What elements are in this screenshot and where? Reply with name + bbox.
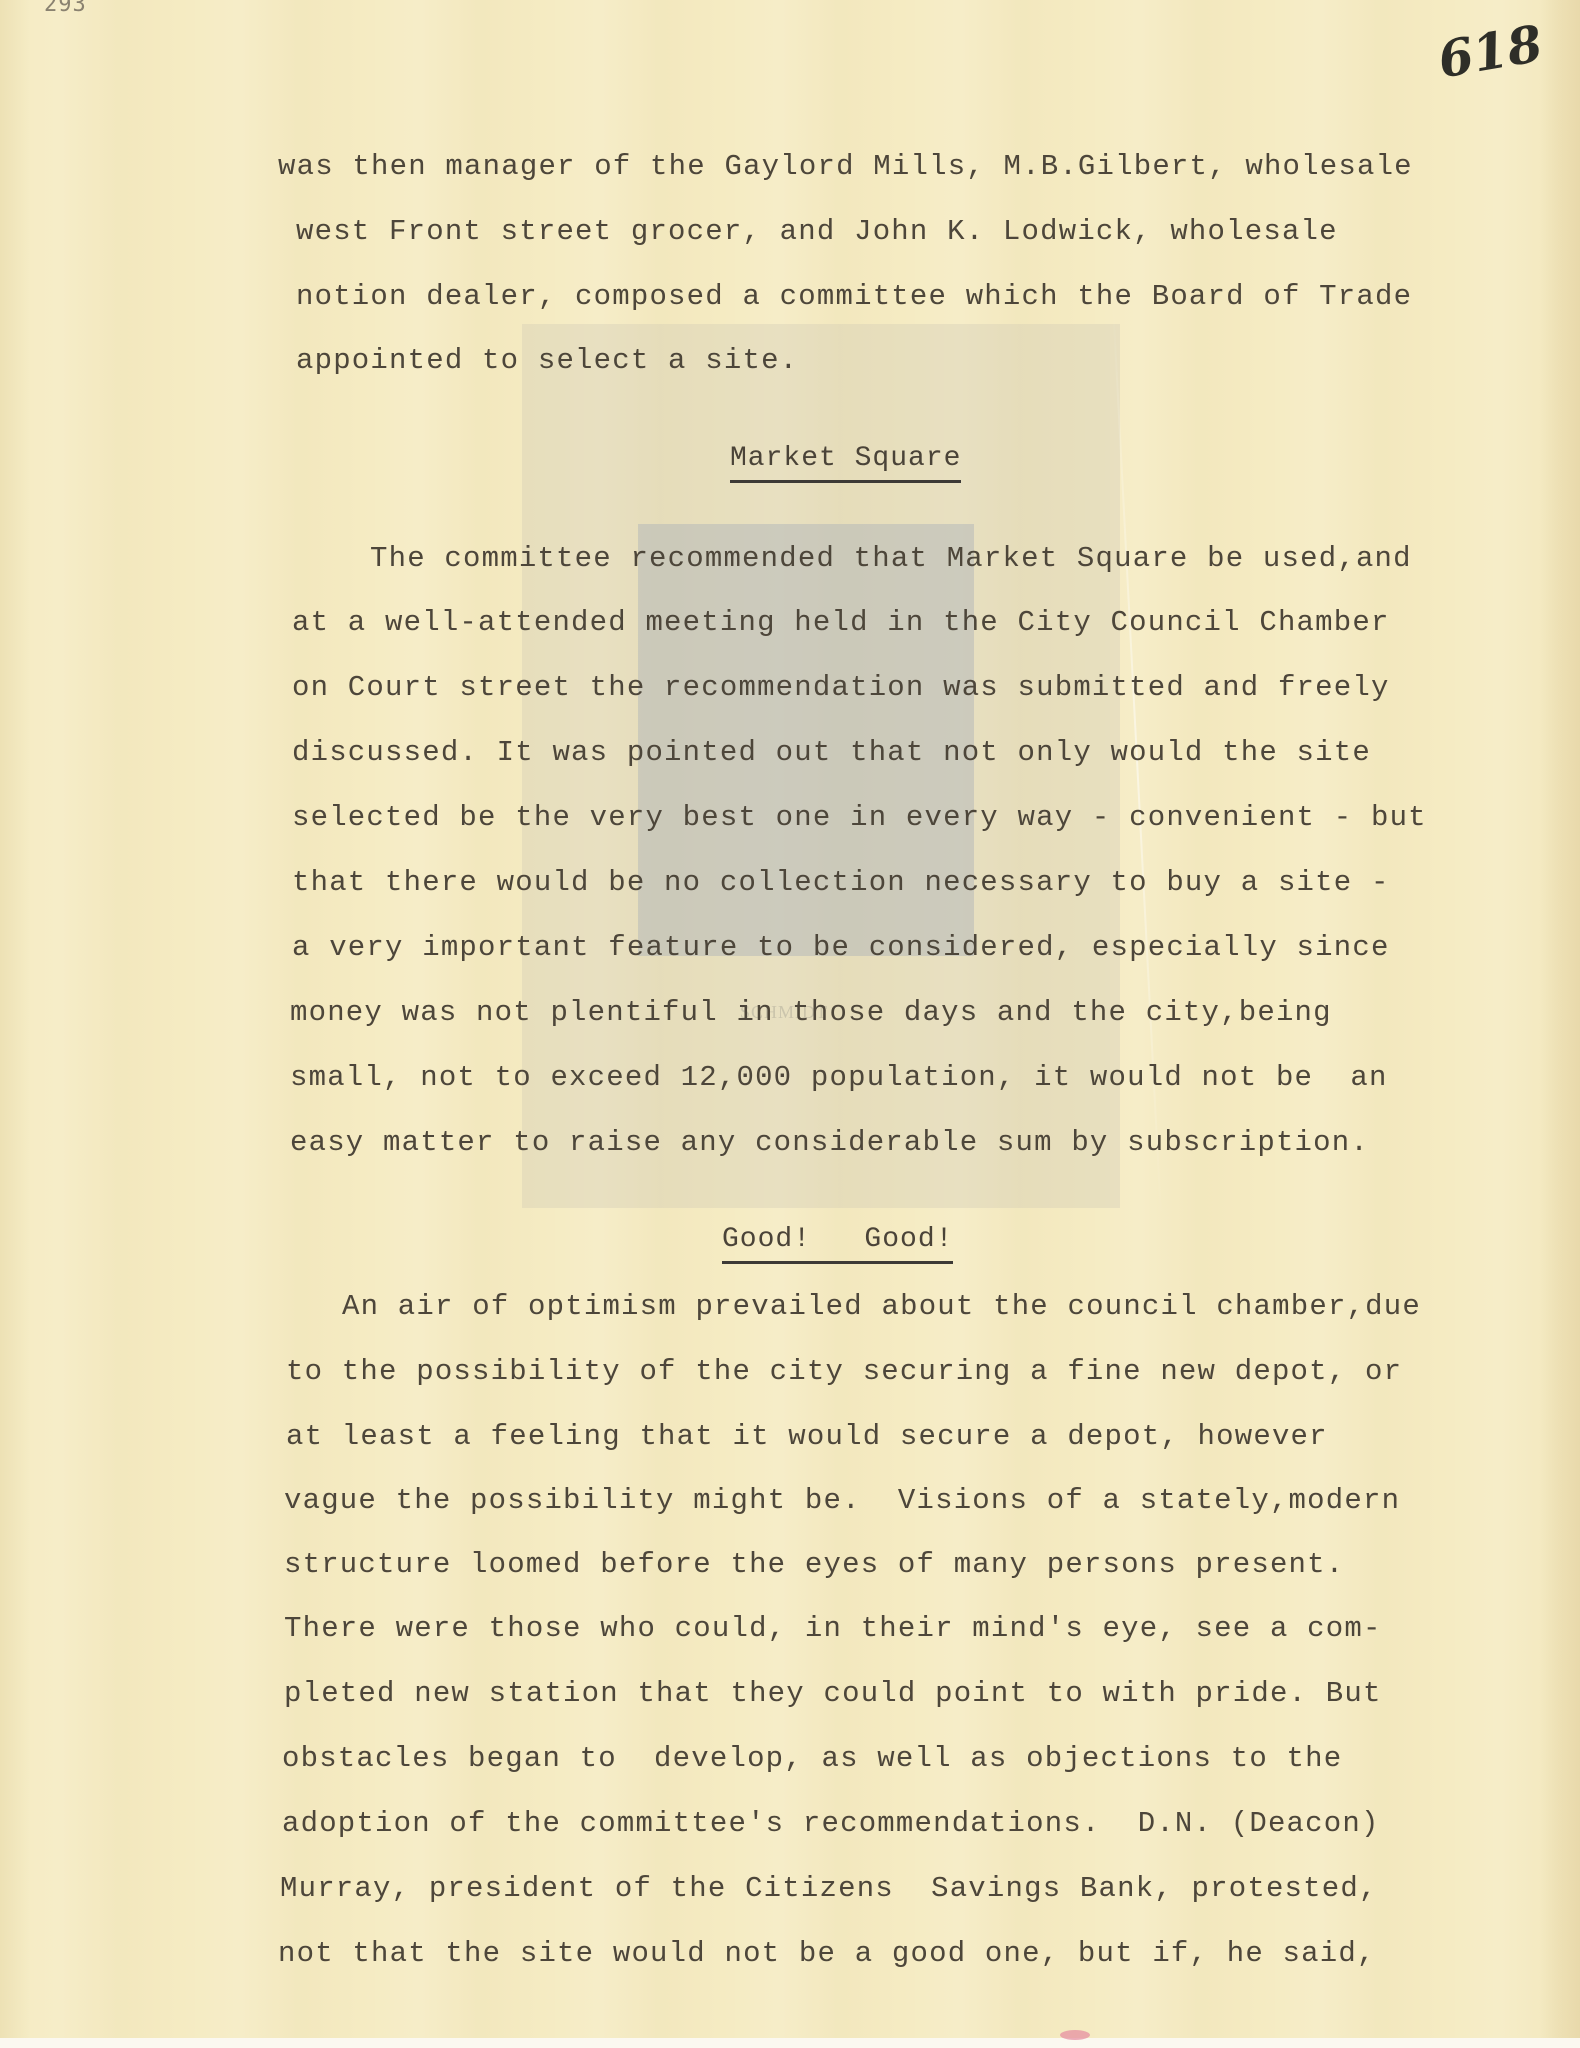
section-heading-market-square: Market Square [730, 443, 961, 483]
text-line: vague the possibility might be. Visions … [284, 1484, 1400, 1517]
text-line: small, not to exceed 12,000 population, … [290, 1061, 1388, 1094]
text-line: on Court street the recommendation was s… [292, 671, 1390, 704]
stamped-page-number: 293 [44, 0, 87, 17]
text-line: at a well-attended meeting held in the C… [292, 606, 1390, 639]
text-line: pleted new station that they could point… [284, 1677, 1382, 1710]
text-line: not that the site would not be a good on… [278, 1937, 1376, 1970]
text-line: selected be the very best one in every w… [292, 801, 1427, 834]
ink-smudge [1060, 2030, 1090, 2040]
text-line: easy matter to raise any considerable su… [290, 1126, 1369, 1159]
page-bottom-edge [0, 2038, 1580, 2048]
text-line: a very important feature to be considere… [292, 931, 1390, 964]
text-line: at least a feeling that it would secure … [286, 1420, 1328, 1453]
text-line: Murray, president of the Citizens Saving… [280, 1872, 1378, 1905]
text-line: The committee recommended that Market Sq… [370, 542, 1412, 575]
text-line: notion dealer, composed a committee whic… [296, 280, 1412, 313]
text-line: An air of optimism prevailed about the c… [342, 1290, 1421, 1323]
text-line: appointed to select a site. [296, 344, 798, 377]
text-line: to the possibility of the city securing … [286, 1355, 1402, 1388]
text-line: was then manager of the Gaylord Mills, M… [278, 150, 1413, 183]
handwritten-page-number: 618 [1434, 13, 1547, 89]
text-line: that there would be no collection necess… [292, 866, 1390, 899]
text-line: There were those who could, in their min… [284, 1612, 1382, 1645]
text-line: obstacles began to develop, as well as o… [282, 1742, 1342, 1775]
text-line: west Front street grocer, and John K. Lo… [296, 215, 1338, 248]
section-heading-good-good: Good! Good! [722, 1224, 953, 1264]
text-line: structure loomed before the eyes of many… [284, 1548, 1344, 1581]
text-line: discussed. It was pointed out that not o… [292, 736, 1371, 769]
text-line: money was not plentiful in those days an… [290, 996, 1332, 1029]
text-line: adoption of the committee's recommendati… [282, 1807, 1380, 1840]
